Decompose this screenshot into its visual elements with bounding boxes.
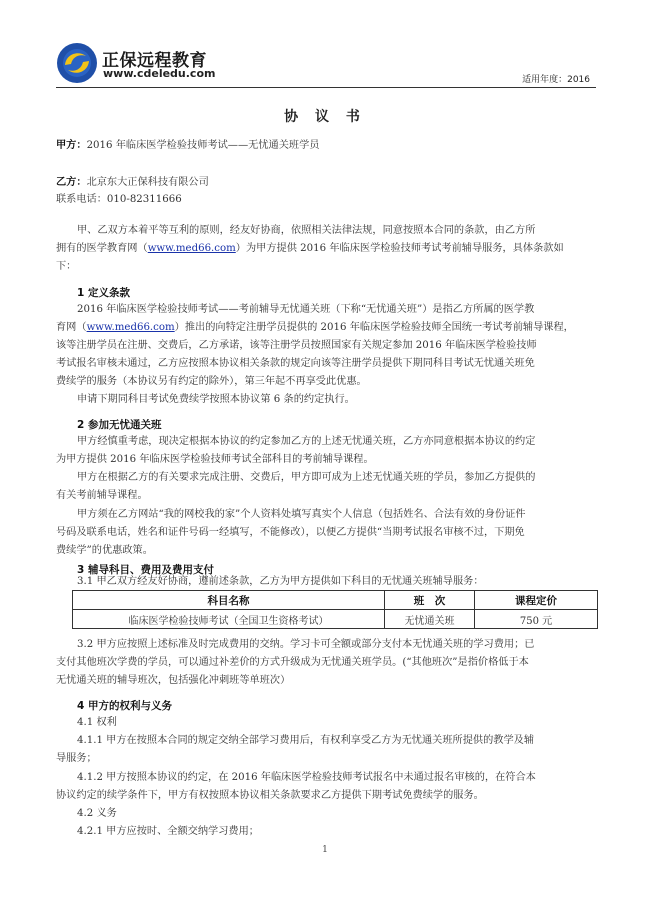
company-logo-icon (56, 42, 98, 84)
section-2-text: 有关考前辅导课程。 (56, 487, 601, 505)
section-2-text: 甲方经慎重考虑，现决定根据本协议的约定参加乙方的上述无忧通关班，乙方亦同意根据本… (56, 433, 622, 451)
section-1-text: 费续学的服务（本协议另有约定的除外），第三年起不再享受此优惠。 (56, 373, 601, 391)
fee-table-header: 科目名称 班 次 课程定价 (73, 591, 598, 610)
column-header: 班 次 (385, 591, 475, 610)
section-1-text: 考试报名审核未通过，乙方应按照本协议相关条款的规定向该等注册学员提供下期同科目考… (56, 355, 601, 373)
section-4-text: 4.1.2 甲方按照本协议的约定，在 2016 年临床医学检验技师考试报名中未通… (56, 769, 622, 787)
intro-text: 拥有的医学教育网（ (56, 243, 148, 254)
section-2-text: 号码及联系电话，姓名和证件号码一经填写，不能修改），以便乙方提供“当期考试报名审… (56, 524, 601, 542)
section-1-text: 申请下期同科目考试免费续学按照本协议第 6 条的约定执行。 (56, 391, 622, 409)
section-1-heading: 1 定义条款 (56, 284, 622, 302)
table-cell: 750 元 (475, 610, 598, 629)
section-1-text: 育网（www.med66.com）推出的向特定注册学员提供的 2016 年临床医… (56, 319, 601, 337)
section-2-heading: 2 参加无忧通关班 (56, 416, 622, 434)
intro-line: 下： (56, 258, 601, 276)
party-b: 乙方：北京东大正保科技有限公司 (56, 174, 601, 192)
fee-table: 科目名称 班 次 课程定价 临床医学检验技师考试（全国卫生资格考试） 无忧通关班… (72, 590, 598, 629)
agreement-page: 正保远程教育 www.cdeledu.com 适用年度：2016 协 议 书 甲… (0, 0, 650, 919)
section-3-text: 3.1 甲乙双方经友好协商，遵前述条款，乙方为甲方提供如下科目的无忧通关班辅导服… (56, 573, 622, 591)
section-2-text: 为甲方提供 2016 年临床医学检验技师考试全部科目的考前辅导课程。 (56, 451, 601, 469)
section-1-text: 该等注册学员在注册、交费后，乙方承诺，该等注册学员按照国家有关规定参加 2016… (56, 337, 601, 355)
section-4-text: 导服务； (56, 750, 601, 768)
section-3-text: 支付其他班次学费的学员，可以通过补差价的方式升级成为无忧通关班学员。(“其他班次… (56, 654, 601, 672)
section-2-text: 费续学”的优惠政策。 (56, 542, 601, 560)
contact-phone: 联系电话：010-82311666 (56, 191, 601, 209)
party-a: 甲方：2016 年临床医学检验技师考试——无忧通关班学员 (56, 137, 601, 155)
section-3-text: 3.2 甲方应按照上述标准及时完成费用的交纳。学习卡可全额或部分支付本无忧通关班… (56, 636, 622, 654)
section-1-text: 2016 年临床医学检验技师考试——考前辅导无忧通关班（下称“无忧通关班”）是指… (56, 301, 622, 319)
intro-line: 甲、乙双方本着平等互利的原则，经友好协商，依照相关法律法规，同意按照本合同的条款… (56, 222, 622, 240)
party-a-value: 2016 年临床医学检验技师考试——无忧通关班学员 (87, 140, 320, 151)
party-b-label: 乙方： (56, 177, 87, 188)
section-4-subheading: 4.2 义务 (56, 805, 622, 823)
section-3-text: 无忧通关班的辅导班次，包括强化冲刺班等单班次） (56, 672, 601, 690)
header-divider (56, 87, 596, 88)
section-4-heading: 4 甲方的权利与义务 (56, 697, 622, 715)
intro-line: 拥有的医学教育网（www.med66.com）为甲方提供 2016 年临床医学检… (56, 240, 601, 258)
page-header: 正保远程教育 www.cdeledu.com 适用年度：2016 (56, 42, 596, 88)
party-a-label: 甲方： (56, 140, 87, 151)
party-b-value: 北京东大正保科技有限公司 (87, 177, 209, 188)
table-cell: 无忧通关班 (385, 610, 475, 629)
section-2-text: 甲方在根据乙方的有关要求完成注册、交费后，甲方即可成为上述无忧通关班的学员，参加… (56, 469, 622, 487)
page-number: 1 (0, 845, 650, 855)
section-4-text: 4.1.1 甲方在按照本合同的规定交纳全部学习费用后，有权利享受乙方为无忧通关班… (56, 732, 622, 750)
med66-link[interactable]: www.med66.com (87, 322, 175, 333)
intro-text: ）为甲方提供 2016 年临床医学检验技师考试考前辅导服务，具体条款如 (236, 243, 564, 254)
med66-link[interactable]: www.med66.com (148, 243, 236, 254)
brand-url: www.cdeledu.com (103, 67, 215, 80)
section-4-subheading: 4.1 权利 (56, 714, 622, 732)
section-1-text-part: 育网（ (56, 322, 87, 333)
column-header: 课程定价 (475, 591, 598, 610)
section-4-text: 协议约定的续学条件下，甲方有权按照本协议相关条款要求乙方提供下期考试免费续学的服… (56, 787, 601, 805)
table-row: 临床医学检验技师考试（全国卫生资格考试） 无忧通关班 750 元 (73, 610, 598, 629)
section-1-text-part: ）推出的向特定注册学员提供的 2016 年临床医学检验技师全国统一考试考前辅导课… (175, 322, 574, 333)
document-title: 协 议 书 (0, 106, 650, 126)
section-2-text: 甲方须在乙方网站“我的网校我的家”个人资料处填写真实个人信息（包括姓名、合法有效… (56, 506, 622, 524)
column-header: 科目名称 (73, 591, 385, 610)
applicable-year: 适用年度：2016 (522, 72, 590, 85)
table-cell: 临床医学检验技师考试（全国卫生资格考试） (73, 610, 385, 629)
section-4-text: 4.2.1 甲方应按时、全额交纳学习费用； (56, 823, 622, 841)
